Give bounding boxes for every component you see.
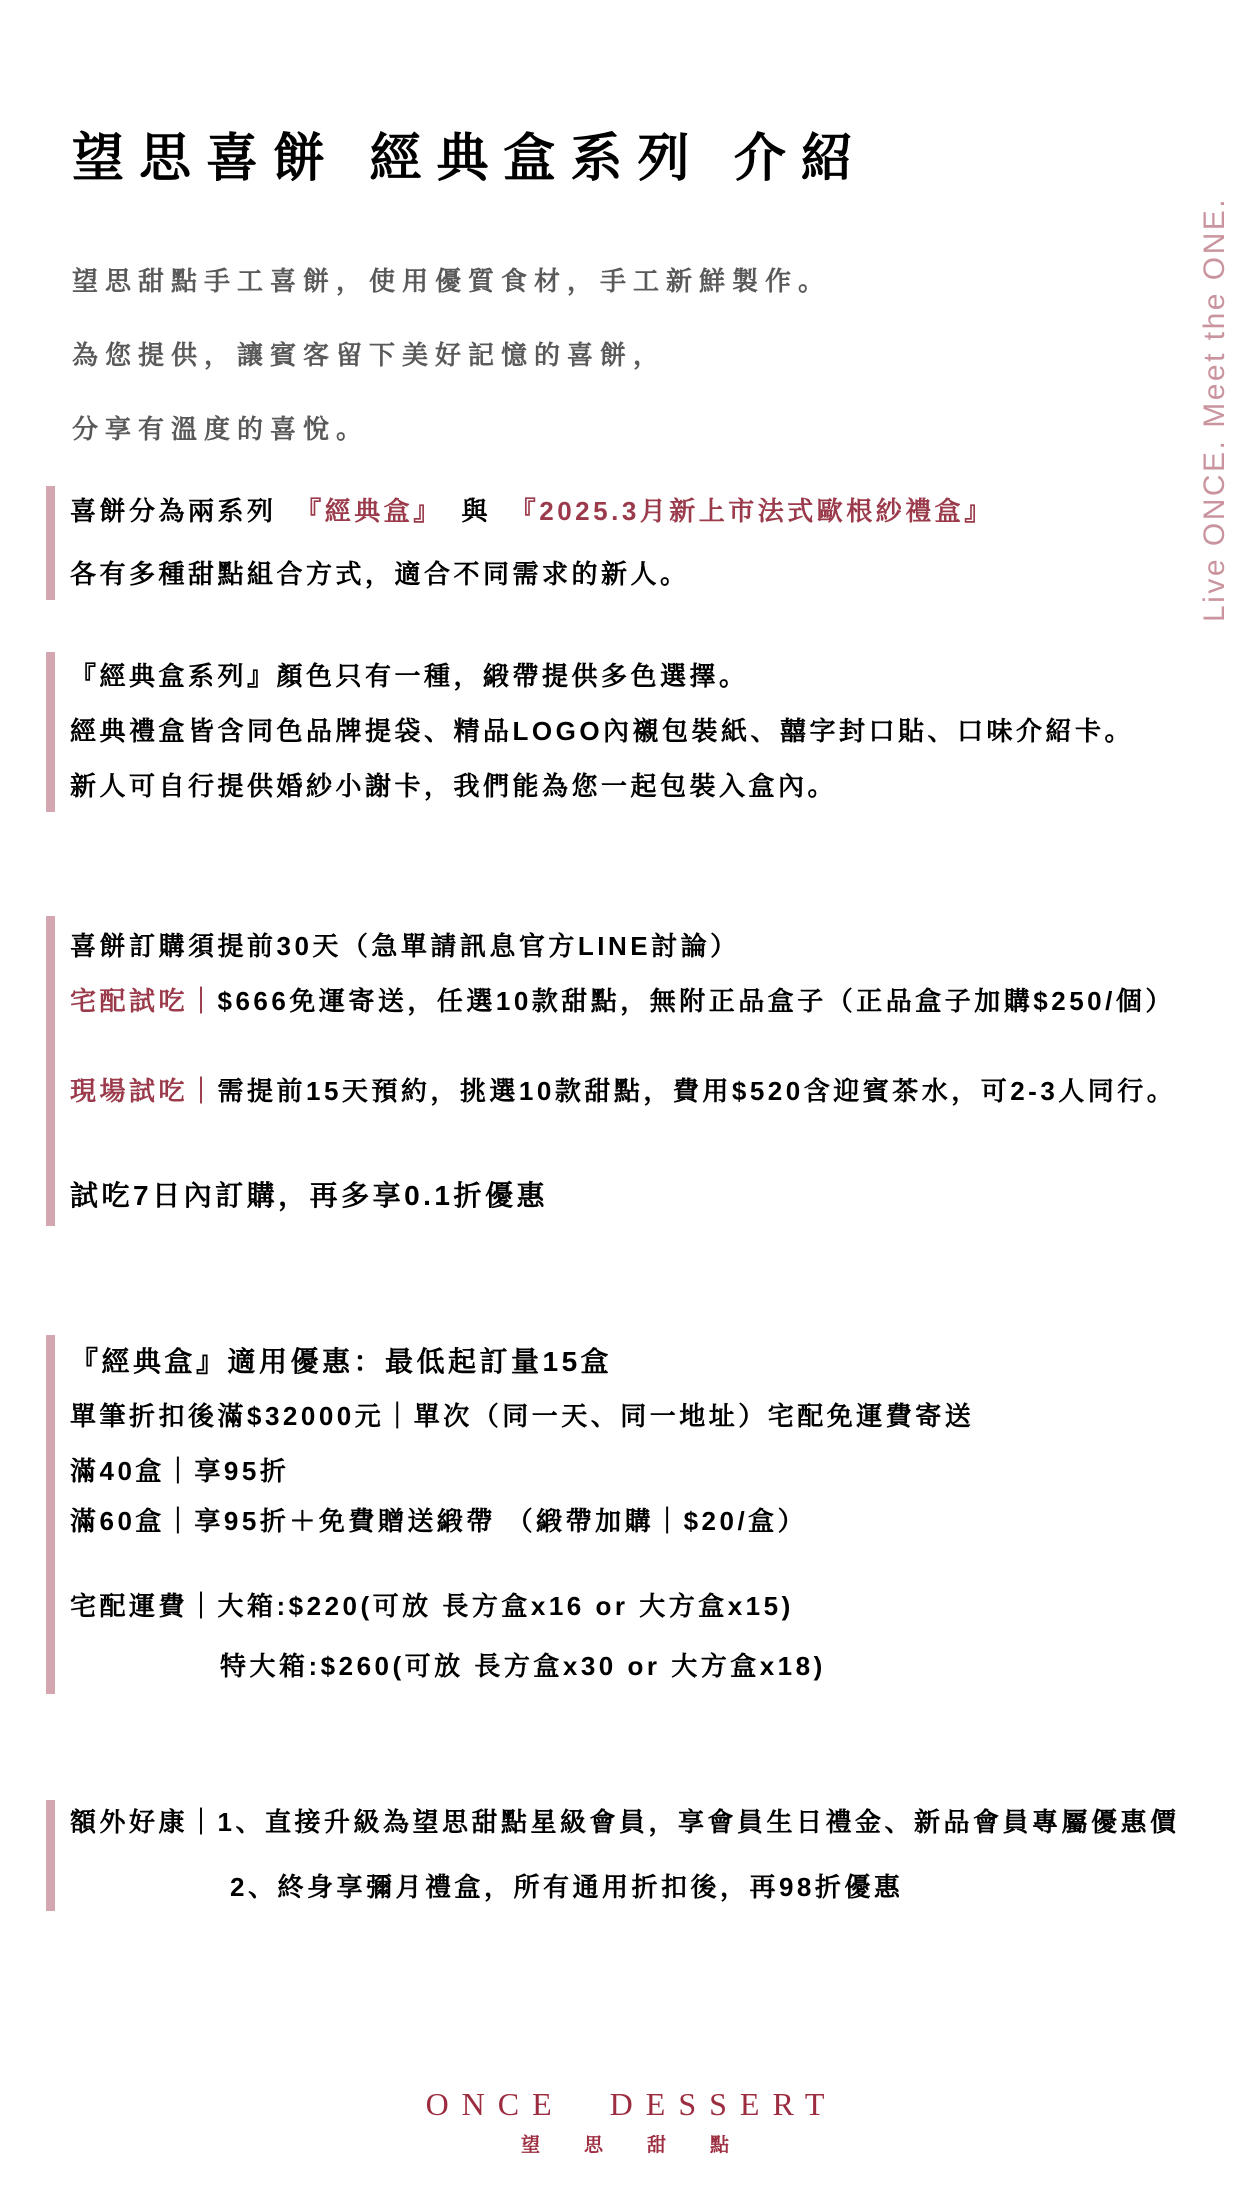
delivery-tasting-text: $666免運寄送，任選10款甜點，無附正品盒子（正品盒子加購$250/個） xyxy=(218,986,1175,1016)
order-delivery-tasting-line: 宅配試吃｜$666免運寄送，任選10款甜點，無附正品盒子（正品盒子加購$250/… xyxy=(70,985,1176,1017)
page-title: 望思喜餅 經典盒系列 介紹 xyxy=(72,116,868,191)
intro-paragraph: 望思甜點手工喜餅，使用優質食材，手工新鮮製作。 為您提供，讓賓客留下美好記憶的喜… xyxy=(72,244,831,466)
tasting-promo-line: 試吃7日內訂購，再多享0.1折優惠 xyxy=(70,1180,1176,1212)
order-onsite-tasting-line: 現場試吃｜需提前15天預約，挑選10款甜點，費用$520含迎賓茶水，可2-3人同… xyxy=(70,1075,1176,1107)
section-ordering-info: 喜餅訂購須提前30天（急單請訊息官方LINE討論） 宅配試吃｜$666免運寄送，… xyxy=(46,916,1176,1226)
intro-line-2: 為您提供，讓賓客留下美好記憶的喜餅， xyxy=(72,318,831,392)
section-bonus: 額外好康｜1、直接升級為望思甜點星級會員，享會員生日禮金、新品會員專屬優惠價 2… xyxy=(46,1800,1179,1911)
delivery-tasting-label: 宅配試吃｜ xyxy=(70,986,218,1016)
section-classic-details: 『經典盒系列』顏色只有一種，緞帶提供多色選擇。 經典禮盒皆含同色品牌提袋、精品L… xyxy=(46,652,1134,812)
discount-heading: 『經典盒』適用優惠：最低起訂量15盒 xyxy=(70,1345,974,1379)
section-series-intro: 喜餅分為兩系列 『經典盒』 與 『2025.3月新上市法式歐根紗禮盒』 各有多種… xyxy=(46,486,994,600)
classic-thankcard-line: 新人可自行提供婚紗小謝卡，我們能為您一起包裝入盒內。 xyxy=(70,770,1134,802)
section-discounts: 『經典盒』適用優惠：最低起訂量15盒 單筆折扣後滿$32000元｜單次（同一天、… xyxy=(46,1335,974,1694)
classic-color-line: 『經典盒系列』顏色只有一種，緞帶提供多色選擇。 xyxy=(70,660,1134,692)
series-organza-box-name: 『2025.3月新上市法式歐根紗禮盒』 xyxy=(510,496,994,526)
series-line-1: 喜餅分為兩系列 『經典盒』 與 『2025.3月新上市法式歐根紗禮盒』 xyxy=(70,495,994,527)
series-and-text: 與 xyxy=(462,496,492,526)
series-prefix-text: 喜餅分為兩系列 xyxy=(70,496,277,526)
onsite-tasting-text: 需提前15天預約，挑選10款甜點，費用$520含迎賓茶水，可2-3人同行。 xyxy=(218,1076,1177,1106)
flyer-page: 望思喜餅 經典盒系列 介紹 望思甜點手工喜餅，使用優質食材，手工新鮮製作。 為您… xyxy=(0,0,1250,2206)
discount-60box-line: 滿60盒｜享95折＋免費贈送緞帶 （緞帶加購｜$20/盒） xyxy=(70,1505,974,1537)
classic-contents-line: 經典禮盒皆含同色品牌提袋、精品LOGO內襯包裝紙、囍字封口貼、口味介紹卡。 xyxy=(70,715,1134,747)
intro-line-3: 分享有溫度的喜悅。 xyxy=(72,392,831,466)
brand-logo-chinese: 望思甜點 xyxy=(0,2130,1250,2157)
side-tagline: Live ONCE. Meet the ONE. xyxy=(1198,197,1232,622)
shipping-fee-large-box-line: 宅配運費｜大箱:$220(可放 長方盒x16 or 大方盒x15) xyxy=(70,1590,974,1622)
intro-line-1: 望思甜點手工喜餅，使用優質食材，手工新鮮製作。 xyxy=(72,244,831,318)
series-classic-box-name: 『經典盒』 xyxy=(295,496,443,526)
shipping-fee-xl-box-line: 特大箱:$260(可放 長方盒x30 or 大方盒x18) xyxy=(70,1650,974,1682)
footer-logo: ONCE DESSERT 望思甜點 xyxy=(0,2086,1250,2157)
discount-40box-line: 滿40盒｜享95折 xyxy=(70,1455,974,1487)
brand-logo-english: ONCE DESSERT xyxy=(0,2086,1250,2123)
series-line-2: 各有多種甜點組合方式，適合不同需求的新人。 xyxy=(70,558,994,590)
discount-free-shipping-line: 單筆折扣後滿$32000元｜單次（同一天、同一地址）宅配免運費寄送 xyxy=(70,1400,974,1432)
onsite-tasting-label: 現場試吃｜ xyxy=(70,1076,218,1106)
bonus-line-2: 2、終身享彌月禮盒，所有通用折扣後，再98折優惠 xyxy=(70,1871,1179,1903)
order-heading: 喜餅訂購須提前30天（急單請訊息官方LINE討論） xyxy=(70,930,1176,962)
bonus-line-1: 額外好康｜1、直接升級為望思甜點星級會員，享會員生日禮金、新品會員專屬優惠價 xyxy=(70,1806,1179,1838)
